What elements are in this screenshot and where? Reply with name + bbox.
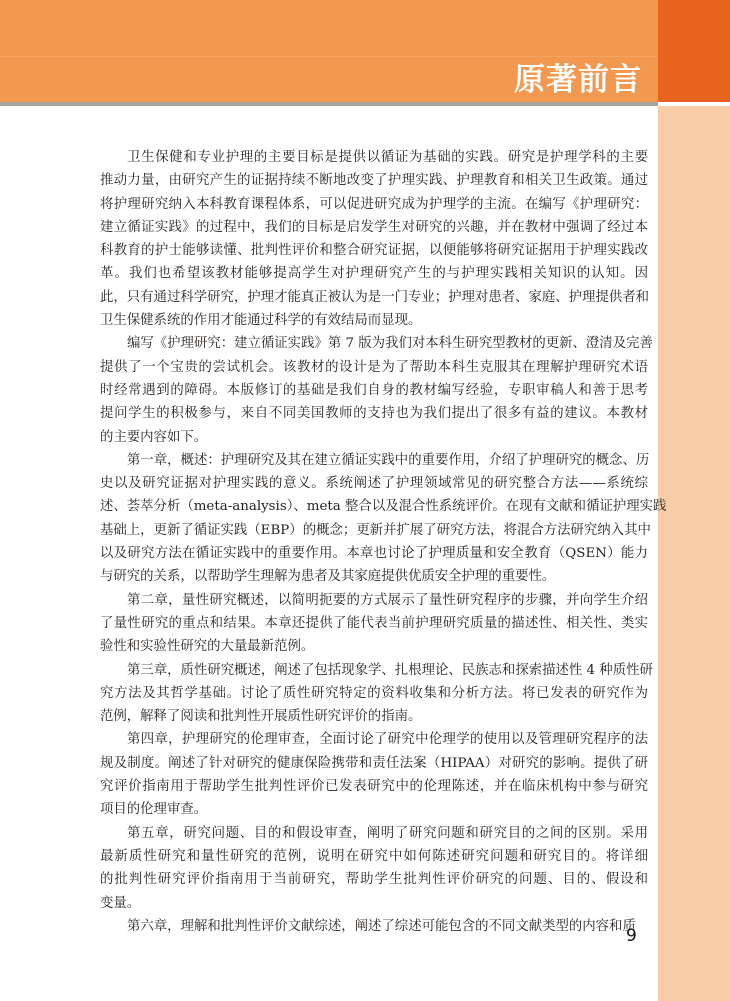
paragraph-line: 以及研究方法在循证实践中的重要作用。本章也讨论了护理质量和安全教育（QSEN）能… — [100, 542, 648, 565]
paragraph-line: 编写《护理研究：建立循证实践》第 7 版为我们对本科生研究型教材的更新、澄清及完… — [100, 332, 648, 355]
page-title: 原著前言 — [514, 62, 642, 98]
paragraph: 第二章，量性研究概述，以简明扼要的方式展示了量性研究程序的步骤，并向学生介绍了量… — [100, 589, 648, 659]
paragraph-line: 卫生保健和专业护理的主要目标是提供以循证为基础的实践。研究是护理学科的主要 — [100, 146, 648, 169]
paragraph-line: 的批判性研究评价指南用于当前研究，帮助学生批判性评价研究的问题、目的、假设和 — [100, 868, 648, 891]
paragraph-line: 究方法及其哲学基础。讨论了质性研究特定的资料收集和分析方法。将已发表的研究作为 — [100, 682, 648, 705]
paragraph-line: 科教育的护士能够读懂、批判性评价和整合研究证据，以便能够将研究证据用于护理实践改 — [100, 239, 648, 262]
paragraph-line: 变量。 — [100, 892, 648, 915]
paragraph-line: 述、荟萃分析（meta-analysis）、meta 整合以及混合性系统评价。在… — [100, 495, 648, 518]
paragraph-line: 了量性研究的重点和结果。本章还提供了能代表当前护理研究质量的描述性、相关性、类实 — [100, 612, 648, 635]
paragraph-line: 第三章，质性研究概述，阐述了包括现象学、扎根理论、民族志和探索描述性 4 种质性… — [100, 659, 648, 682]
paragraph-line: 最新质性研究和量性研究的范例，说明在研究中如何陈述研究问题和研究目的。将详细 — [100, 845, 648, 868]
paragraph: 第一章，概述：护理研究及其在建立循证实践中的重要作用，介绍了护理研究的概念、历史… — [100, 449, 648, 589]
page-number: 9 — [626, 926, 637, 946]
paragraph-line: 范例，解释了阅读和批判性开展质性研究评价的指南。 — [100, 705, 648, 728]
paragraph-line: 此，只有通过科学研究，护理才能真正被认为是一门专业；护理对患者、家庭、护理提供者… — [100, 286, 648, 309]
header-stripe — [0, 56, 658, 57]
paragraph: 第五章，研究问题、目的和假设审查，阐明了研究问题和研究目的之间的区别。采用最新质… — [100, 822, 648, 915]
paragraph-line: 验性和实验性研究的大量最新范例。 — [100, 635, 648, 658]
paragraph: 第三章，质性研究概述，阐述了包括现象学、扎根理论、民族志和探索描述性 4 种质性… — [100, 659, 648, 729]
paragraph: 卫生保健和专业护理的主要目标是提供以循证为基础的实践。研究是护理学科的主要推动力… — [100, 146, 648, 332]
paragraph-line: 推动力量，由研究产生的证据持续不断地改变了护理实践、护理教育和相关卫生政策。通过 — [100, 169, 648, 192]
paragraph-line: 与研究的关系，以帮助学生理解为患者及其家庭提供优质安全护理的重要性。 — [100, 565, 648, 588]
paragraph-line: 革。我们也希望该教材能够提高学生对护理研究产生的与护理实践相关知识的认知。因 — [100, 262, 648, 285]
paragraph: 编写《护理研究：建立循证实践》第 7 版为我们对本科生研究型教材的更新、澄清及完… — [100, 332, 648, 448]
paragraph: 第四章，护理研究的伦理审查，全面讨论了研究中伦理学的使用以及管理研究程序的法规及… — [100, 728, 648, 821]
header-accent-block — [658, 0, 730, 102]
paragraph-line: 建立循证实践》的过程中，我们的目标是启发学生对研究的兴趣，并在教材中强调了经过本 — [100, 216, 648, 239]
paragraph-line: 究评价指南用于帮助学生批判性评价已发表研究中的伦理陈述，并在临床机构中参与研究 — [100, 775, 648, 798]
paragraph-line: 时经常遇到的障碍。本版修订的基础是我们自身的教材编写经验，专职审稿人和善于思考 — [100, 379, 648, 402]
paragraph-line: 第六章，理解和批判性评价文献综述，阐述了综述可能包含的不同文献类型的内容和质 — [100, 915, 648, 938]
paragraph-line: 基础上，更新了循证实践（EBP）的概念；更新并扩展了研究方法，将混合方法研究纳入… — [100, 519, 648, 542]
paragraph-line: 史以及研究证据对护理实践的意义。系统阐述了护理领域常见的研究整合方法——系统综 — [100, 472, 648, 495]
paragraph-line: 第五章，研究问题、目的和假设审查，阐明了研究问题和研究目的之间的区别。采用 — [100, 822, 648, 845]
paragraph: 第六章，理解和批判性评价文献综述，阐述了综述可能包含的不同文献类型的内容和质 — [100, 915, 648, 938]
paragraph-line: 规及制度。阐述了针对研究的健康保险携带和责任法案（HIPAA）对研究的影响。提供… — [100, 752, 648, 775]
document-body: 卫生保健和专业护理的主要目标是提供以循证为基础的实践。研究是护理学科的主要推动力… — [100, 146, 648, 938]
side-margin-strip — [658, 106, 730, 1001]
paragraph-line: 提问学生的积极参与，来自不同美国教师的支持也为我们提出了很多有益的建议。本教材 — [100, 402, 648, 425]
paragraph-line: 提供了一个宝贵的尝试机会。该教材的设计是为了帮助本科生克服其在理解护理研究术语 — [100, 356, 648, 379]
paragraph-line: 卫生保健系统的作用才能通过科学的有效结局而显现。 — [100, 309, 648, 332]
paragraph-line: 的主要内容如下。 — [100, 426, 648, 449]
paragraph-line: 第四章，护理研究的伦理审查，全面讨论了研究中伦理学的使用以及管理研究程序的法 — [100, 728, 648, 751]
header-shadow-divider — [0, 102, 658, 106]
paragraph-line: 项目的伦理审查。 — [100, 798, 648, 821]
paragraph-line: 第一章，概述：护理研究及其在建立循证实践中的重要作用，介绍了护理研究的概念、历 — [100, 449, 648, 472]
paragraph-line: 第二章，量性研究概述，以简明扼要的方式展示了量性研究程序的步骤，并向学生介绍 — [100, 589, 648, 612]
paragraph-line: 将护理研究纳入本科教育课程体系，可以促进研究成为护理学的主流。在编写《护理研究： — [100, 193, 648, 216]
